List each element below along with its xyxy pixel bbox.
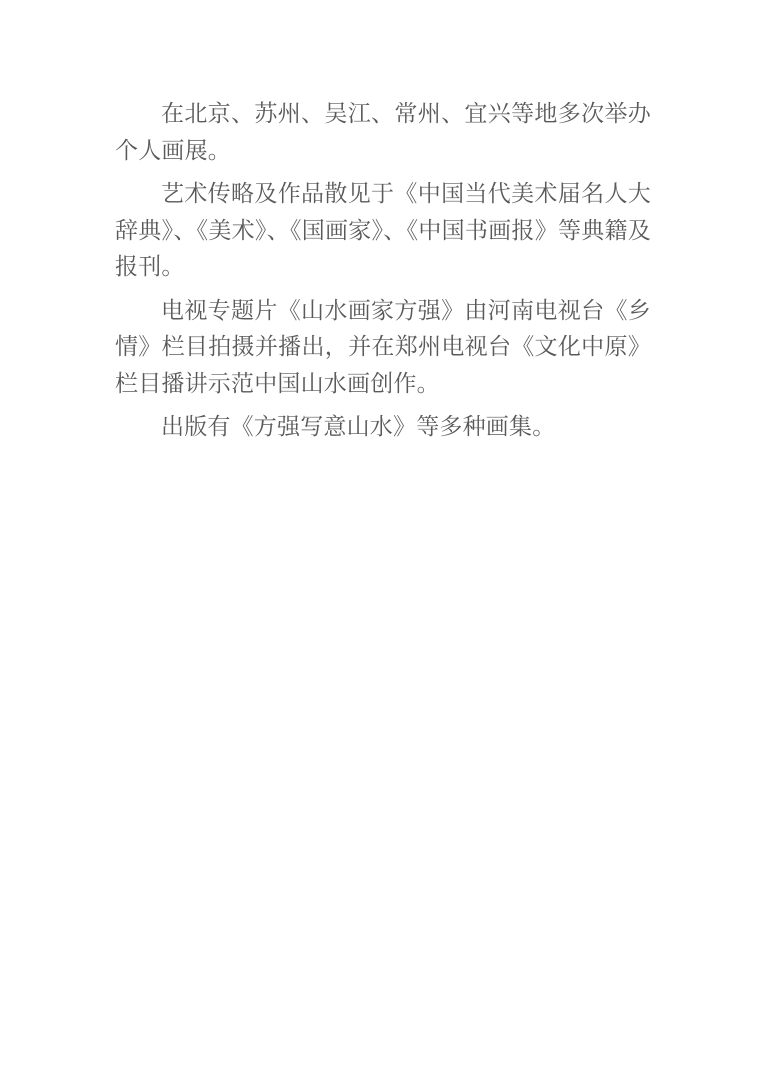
paragraph-tv-programs: 电视专题片《山水画家方强》由河南电视台《乡情》栏目拍摄并播出，并在郑州电视台《文…	[115, 293, 651, 403]
document-page: 在北京、苏州、吴江、常州、宜兴等地多次举办个人画展。 艺术传略及作品散见于《中国…	[115, 96, 651, 453]
paragraph-exhibitions: 在北京、苏州、吴江、常州、宜兴等地多次举办个人画展。	[115, 96, 651, 169]
paragraph-albums: 出版有《方强写意山水》等多种画集。	[115, 409, 651, 446]
paragraph-publications: 艺术传略及作品散见于《中国当代美术届名人大辞典》、《美术》、《国画家》、《中国书…	[115, 176, 651, 286]
